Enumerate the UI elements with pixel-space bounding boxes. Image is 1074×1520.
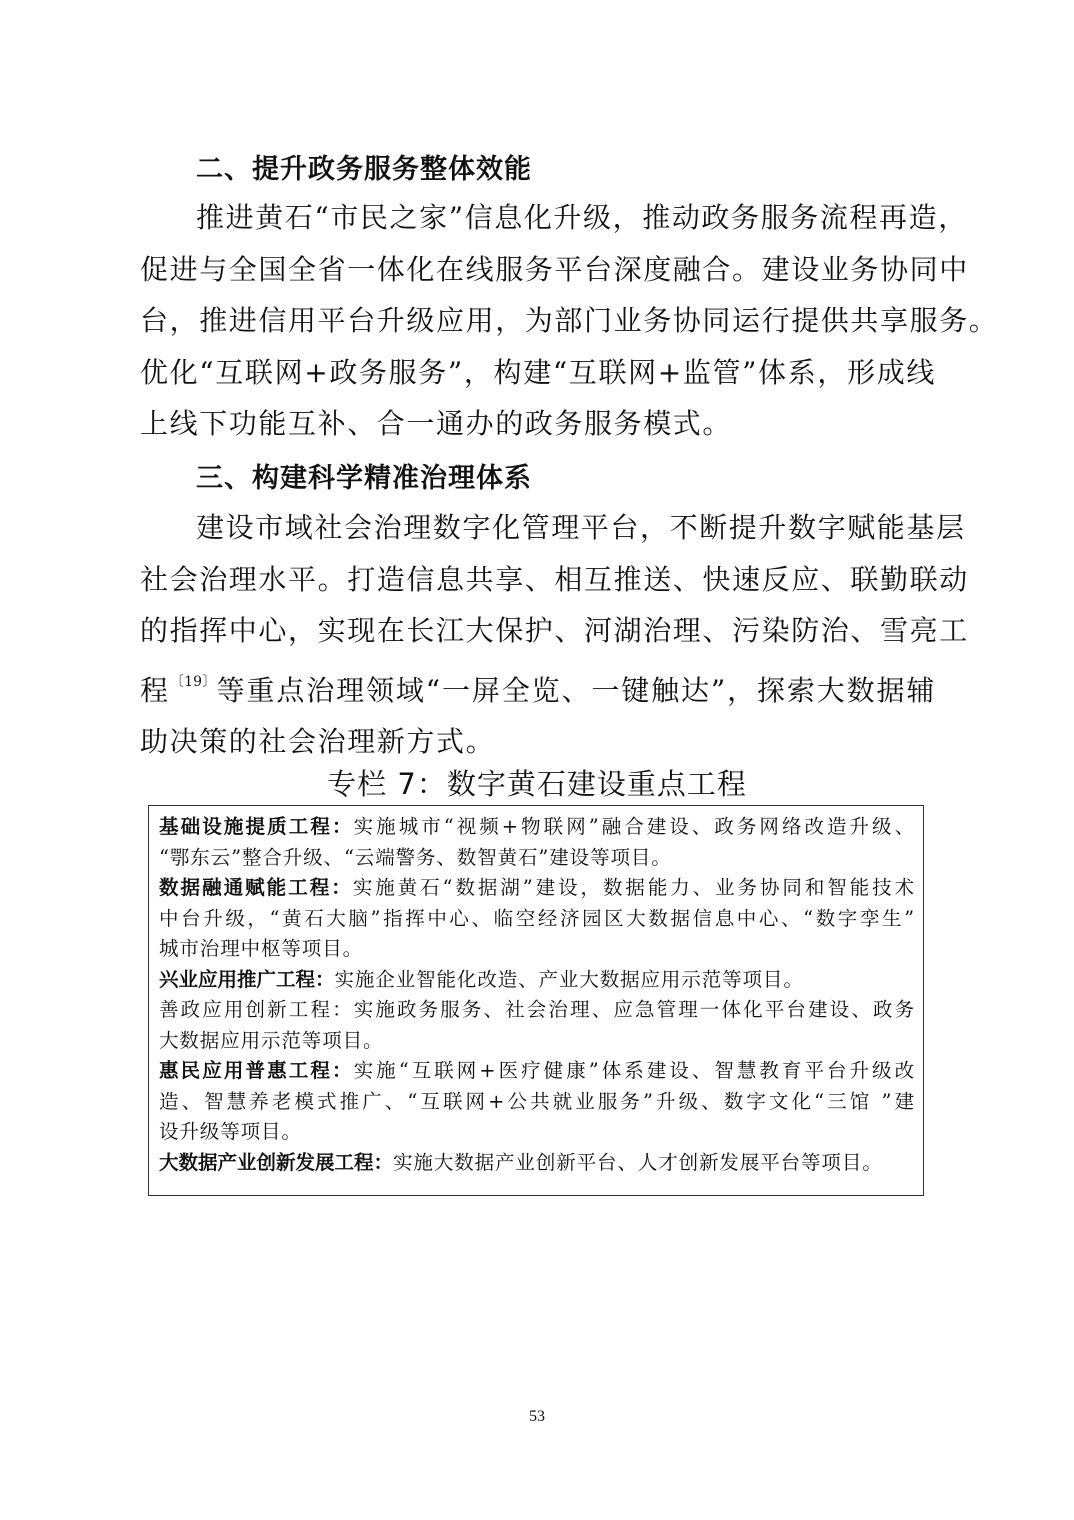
paragraph-line-with-footnote: 程〔19〕等重点治理领域“一屏全览、一键触达”，探索大数据辅: [140, 657, 936, 717]
section-2-paragraph: 推进黄石“市民之家”信息化升级，推动政务服务流程再造， 促进与全国全省一体化在线…: [140, 192, 936, 450]
line-prefix: 程: [140, 674, 170, 707]
box-item-data-integration: 数据融通赋能工程：实施黄石“数据湖”建设，数据能力、业务协同和智能技术: [159, 873, 915, 904]
box-item-text: 大数据应用示范等项目。: [159, 1026, 915, 1057]
box-item-label: 数据融通赋能工程：: [159, 876, 353, 899]
paragraph-line: 建设市域社会治理数字化管理平台，不断提升数字赋能基层: [140, 502, 936, 554]
box-item-industry: 兴业应用推广工程：实施企业智能化改造、产业大数据应用示范等项目。: [159, 965, 915, 996]
box-item-label: 惠民应用普惠工程：: [159, 1059, 354, 1082]
box-item-label: 大数据产业创新发展工程：: [159, 1151, 393, 1174]
box-item-governance: 善政应用创新工程：实施政务服务、社会治理、应急管理一体化平台建设、政务: [159, 995, 915, 1026]
paragraph-line: 上线下功能互补、合一通办的政务服务模式。: [140, 398, 936, 450]
box-item-big-data-industry: 大数据产业创新发展工程：实施大数据产业创新平台、人才创新发展平台等项目。: [159, 1148, 915, 1179]
box-item-text: 实施黄石“数据湖”建设，数据能力、业务协同和智能技术: [353, 876, 915, 899]
section-3-paragraph: 建设市域社会治理数字化管理平台，不断提升数字赋能基层 社会治理水平。打造信息共享…: [140, 502, 936, 768]
box-item-text: 实施“互联网+医疗健康”体系建设、智慧教育平台升级改: [354, 1059, 915, 1082]
box-item-text: 实施政务服务、社会治理、应急管理一体化平台建设、政务: [354, 998, 915, 1021]
box-item-label-plain: 善政应用创新工程：: [159, 998, 354, 1021]
paragraph-line: 助决策的社会治理新方式。: [140, 716, 936, 768]
box-item-label: 兴业应用推广工程：: [159, 968, 335, 991]
paragraph-line: 社会治理水平。打造信息共享、相互推送、快速反应、联勤联动: [140, 554, 936, 606]
section-heading-3: 三、构建科学精准治理体系: [196, 462, 532, 496]
box-title: 专栏 7：数字黄石建设重点工程: [0, 766, 1074, 802]
paragraph-line: 台，推进信用平台升级应用，为部门业务协同运行提供共享服务。: [140, 295, 936, 347]
box-item-public-benefit: 惠民应用普惠工程：实施“互联网+医疗健康”体系建设、智慧教育平台升级改: [159, 1056, 915, 1087]
box-item-text: 造、智慧养老模式推广、“互联网+公共就业服务”升级、数字文化“三馆 ”建: [159, 1087, 915, 1118]
box-item-text: 实施城市“视频+物联网”融合建设、政务网络改造升级、: [354, 815, 915, 838]
paragraph-line: 推进黄石“市民之家”信息化升级，推动政务服务流程再造，: [140, 192, 936, 244]
paragraph-line: 的指挥中心，实现在长江大保护、河湖治理、污染防治、雪亮工: [140, 605, 936, 657]
document-page: 二、提升政务服务整体效能 推进黄石“市民之家”信息化升级，推动政务服务流程再造，…: [0, 0, 1074, 1520]
footnote-reference[interactable]: 〔19〕: [170, 674, 217, 690]
box-item-label: 基础设施提质工程：: [159, 815, 354, 838]
key-projects-box: 基础设施提质工程：实施城市“视频+物联网”融合建设、政务网络改造升级、 “鄂东云…: [148, 805, 924, 1196]
box-item-text: 城市治理中枢等项目。: [159, 934, 915, 965]
page-number: 53: [0, 1408, 1074, 1426]
box-item-text: 设升级等项目。: [159, 1117, 915, 1148]
box-item-text: “鄂东云”整合升级、“云端警务、数智黄石”建设等项目。: [159, 843, 915, 874]
section-heading-2: 二、提升政务服务整体效能: [196, 153, 532, 187]
box-item-infrastructure: 基础设施提质工程：实施城市“视频+物联网”融合建设、政务网络改造升级、: [159, 812, 915, 843]
paragraph-line: 优化“互联网+政务服务”，构建“互联网+监管”体系，形成线: [140, 347, 936, 399]
paragraph-line: 促进与全国全省一体化在线服务平台深度融合。建设业务协同中: [140, 244, 936, 296]
line-rest: 等重点治理领域“一屏全览、一键触达”，探索大数据辅: [217, 674, 936, 707]
box-item-text: 中台升级，“黄石大脑”指挥中心、临空经济园区大数据信息中心、“数字孪生”: [159, 904, 915, 935]
box-item-text: 实施大数据产业创新平台、人才创新发展平台等项目。: [393, 1151, 883, 1174]
box-item-text: 实施企业智能化改造、产业大数据应用示范等项目。: [335, 968, 804, 991]
